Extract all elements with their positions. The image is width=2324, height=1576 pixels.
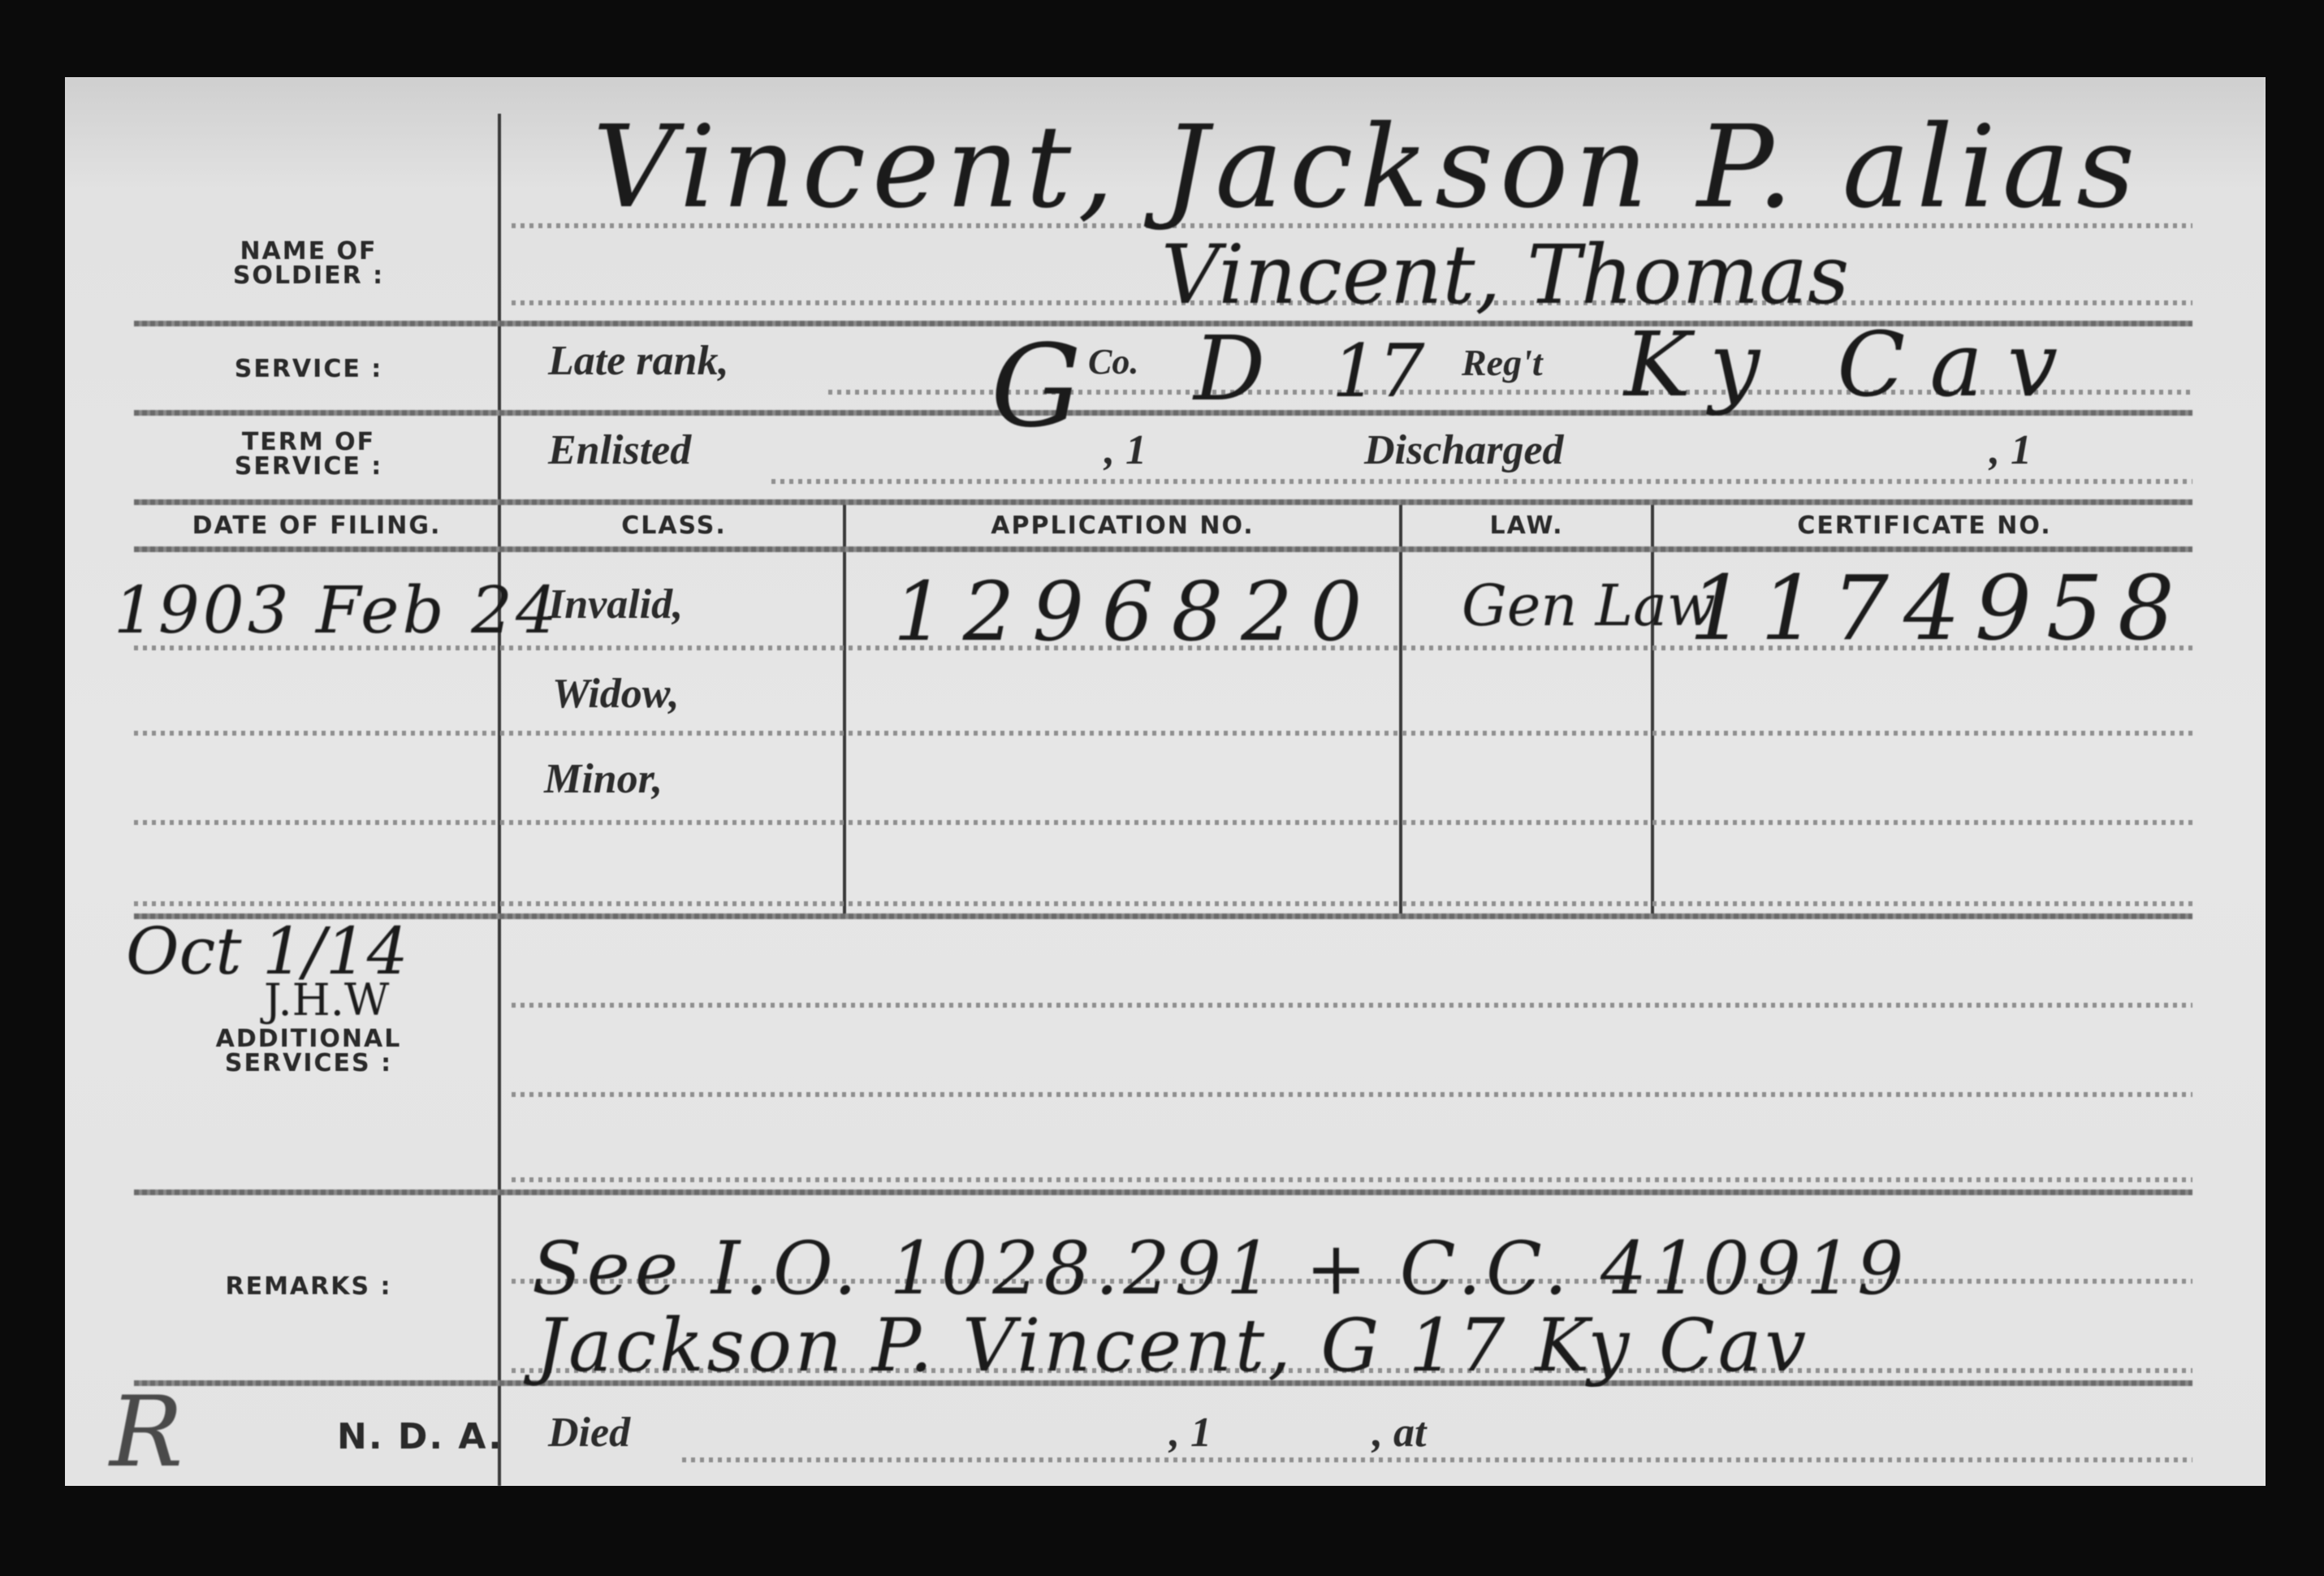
handwritten-remarks-line1: See I.O. 1028.291 + C.C. 410919: [532, 1226, 1908, 1311]
additional-dots-1: [512, 1003, 2192, 1008]
rule-table-bottom: [134, 913, 2192, 919]
handwritten-application-no: 1296820: [893, 564, 1380, 659]
handwritten-remarks-line2: Jackson P. Vincent, G 17 Ky Cav: [536, 1303, 1809, 1388]
handwritten-rank: G: [991, 321, 1082, 453]
application-law-divider: [1399, 503, 1402, 918]
handwritten-additional-initials: J.H.W: [264, 974, 389, 1025]
label-column-divider: [498, 114, 501, 1486]
printed-regt: Reg't: [1462, 341, 1543, 384]
printed-enlisted-year: , 1: [1104, 426, 1147, 474]
printed-died: Died: [548, 1409, 630, 1457]
term-dots: [771, 479, 2192, 484]
handwritten-law: Gen Law: [1462, 572, 1716, 639]
label-date-of-filing: DATE OF FILING.: [146, 514, 487, 538]
printed-discharged-year: , 1: [1989, 426, 2032, 474]
label-nda: N. D. A.: [300, 1425, 503, 1449]
pension-index-card: NAME OF SOLDIER : SERVICE : TERM OF SERV…: [65, 77, 2266, 1486]
handwritten-filing-date: 1903 Feb 24: [114, 572, 560, 648]
handwritten-certificate-no: 1174958: [1689, 556, 2189, 660]
rule-header-bottom: [134, 546, 2192, 552]
law-certificate-divider: [1651, 503, 1654, 918]
handwritten-company: D: [1194, 317, 1265, 421]
label-service: SERVICE :: [187, 357, 430, 382]
died-dots: [682, 1457, 2192, 1462]
printed-at: , at: [1372, 1409, 1426, 1457]
table-row4-dots: [134, 901, 2192, 906]
rule-term-bottom: [134, 499, 2192, 505]
rule-additional-bottom: [134, 1190, 2192, 1195]
label-law: LAW.: [1405, 514, 1648, 538]
table-row3-dots: [134, 820, 2192, 825]
printed-died-year: , 1: [1169, 1409, 1212, 1457]
handwritten-regiment: 17: [1332, 329, 1425, 414]
table-row2-dots: [134, 731, 2192, 736]
label-additional-services: ADDITIONAL SERVICES :: [187, 1027, 430, 1076]
printed-class-invalid: Invalid,: [548, 581, 683, 628]
additional-dots-3: [512, 1177, 2192, 1182]
printed-discharged: Discharged: [1364, 426, 1564, 474]
printed-late-rank: Late rank,: [548, 337, 728, 385]
additional-dots-2: [512, 1092, 2192, 1097]
label-term-of-service: TERM OF SERVICE :: [187, 430, 430, 479]
label-certificate-no: CERTIFICATE NO.: [1657, 514, 2192, 538]
handwritten-regiment-unit: Ky Cav: [1624, 313, 2082, 417]
handwritten-name-line2: Vincent, Thomas: [1161, 227, 1849, 322]
handwritten-nda-mark: R: [110, 1376, 183, 1489]
handwritten-name-line1: Vincent, Jackson P. alias: [593, 101, 2141, 234]
printed-class-widow: Widow,: [552, 670, 680, 718]
label-application-no: APPLICATION NO.: [849, 514, 1397, 538]
label-remarks: REMARKS :: [187, 1275, 430, 1299]
printed-co: Co.: [1088, 341, 1138, 382]
printed-class-minor: Minor,: [544, 755, 663, 803]
class-application-divider: [843, 503, 846, 918]
label-name-of-soldier: NAME OF SOLDIER :: [187, 240, 430, 288]
printed-enlisted: Enlisted: [548, 426, 691, 474]
label-class: CLASS.: [508, 514, 840, 538]
